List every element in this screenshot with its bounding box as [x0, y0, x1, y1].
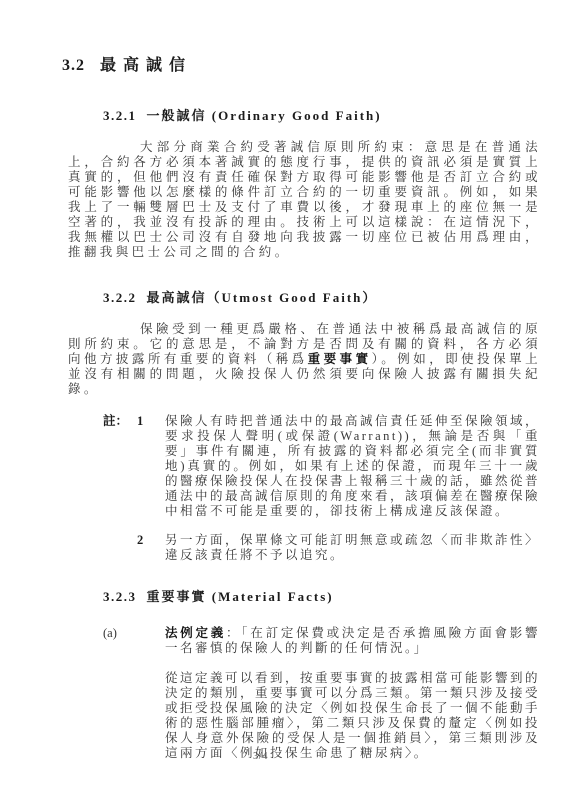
note-2-number: 2	[137, 533, 165, 548]
note-2-text: 另一方面，保單條文可能訂明無意或疏忽〈而非欺詐性〉違反該責任將不予以追究。	[165, 533, 540, 563]
subsection-number: 3.2.3	[103, 589, 137, 605]
paragraph-ordinary-good-faith: 大部分商業合約受著誠信原則所約束：意思是在普通法上，合約各方必須本著誠實的態度行…	[68, 140, 541, 260]
section-title: 最高誠信	[100, 52, 192, 75]
paragraph-text: 保險受到一種更爲嚴格、在普通法中被稱爲最高誠信的原則所約束。它的意思是，不論對方…	[68, 322, 541, 397]
note-item-2: 2 另一方面，保單條文可能訂明無意或疏忽〈而非欺詐性〉違反該責任將不予以追究。	[103, 533, 565, 563]
item-a-label: (a)	[103, 626, 165, 641]
note-item-1: 註： 1 保險人有時把普通法中的最高誠信責任延伸至保險領域，要求投保人聲明(或保…	[103, 414, 565, 519]
page-number: 3/4	[0, 751, 521, 762]
item-a-body: 法例定義：「在訂定保費或決定是否承擔風險方面會影響一名審慎的保險人的判斷的任何情…	[165, 626, 540, 761]
subsection-heading-ordinary-good-faith: 3.2.1 一般誠信 (Ordinary Good Faith)	[103, 105, 565, 124]
material-facts-categories: 從這定義可以看到，按重要事實的披露相當可能影響到的決定的類別，重要事實可以分爲三…	[165, 671, 540, 761]
paragraph-utmost-good-faith: 保險受到一種更爲嚴格、在普通法中被稱爲最高誠信的原則所約束。它的意思是，不論對方…	[68, 322, 541, 397]
subsection-heading-material-facts: 3.2.3 重要事實 (Material Facts)	[103, 586, 565, 605]
lettered-item-a: (a) 法例定義：「在訂定保費或決定是否承擔風險方面會影響一名審慎的保險人的判斷…	[103, 626, 565, 761]
subsection-title: 重要事實 (Material Facts)	[147, 586, 334, 605]
legal-definition-term: 法例定義	[165, 626, 226, 640]
subsection-heading-utmost-good-faith: 3.2.2 最高誠信（Utmost Good Faith）	[103, 287, 565, 306]
subsection-number: 3.2.1	[103, 108, 137, 124]
section-heading: 3.2 最高誠信	[62, 52, 565, 75]
note-1-text: 保險人有時把普通法中的最高誠信責任延伸至保險領域，要求投保人聲明(或保證(War…	[165, 414, 540, 519]
notes-block: 註： 1 保險人有時把普通法中的最高誠信責任延伸至保險領域，要求投保人聲明(或保…	[103, 414, 565, 563]
subsection-number: 3.2.2	[103, 290, 137, 306]
notes-label: 註：	[103, 414, 137, 429]
document-page: 3.2 最高誠信 3.2.1 一般誠信 (Ordinary Good Faith…	[0, 0, 565, 800]
material-facts-term-bold: 重要事實	[308, 352, 372, 366]
paragraph-text: 大部分商業合約受著誠信原則所約束：意思是在普通法上，合約各方必須本著誠實的態度行…	[68, 140, 541, 260]
note-1-number: 1	[137, 414, 165, 429]
section-number: 3.2	[62, 57, 85, 75]
subsection-title: 一般誠信 (Ordinary Good Faith)	[147, 105, 382, 124]
subsection-title: 最高誠信（Utmost Good Faith）	[147, 287, 378, 306]
legal-definition: 法例定義：「在訂定保費或決定是否承擔風險方面會影響一名審慎的保險人的判斷的任何情…	[165, 626, 540, 656]
